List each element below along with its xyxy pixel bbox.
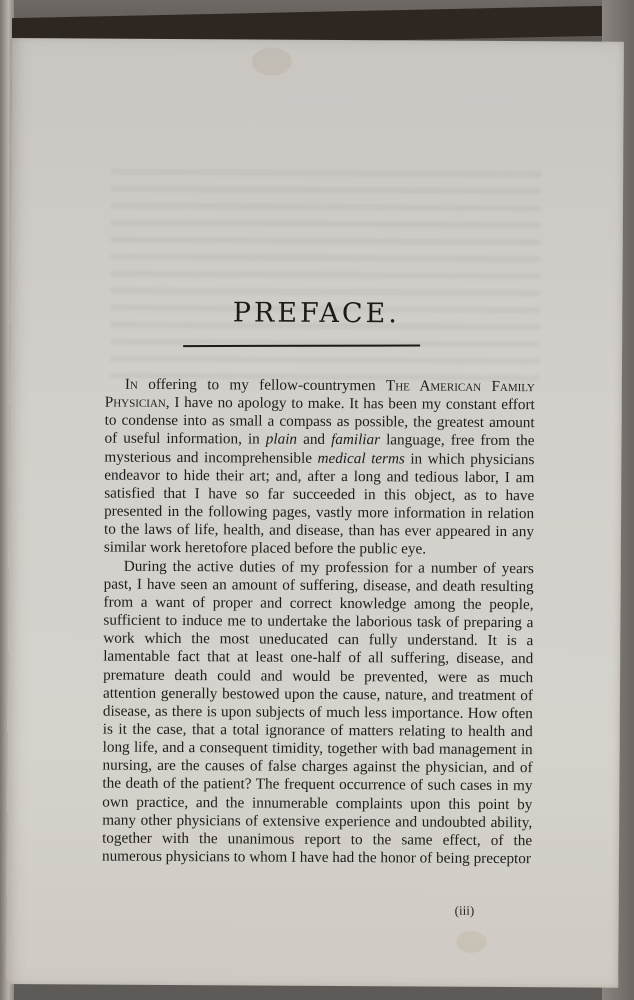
lead-word: In [125, 376, 138, 393]
preface-body: In offering to my fellow-countrymen The … [102, 376, 535, 869]
page-number: (iii) [455, 903, 475, 919]
page-title: PREFACE. [10, 296, 622, 331]
bleed-through-text [110, 169, 541, 392]
book-page: PREFACE. In offering to my fellow-countr… [6, 38, 624, 988]
paper-stain [456, 931, 486, 953]
paragraph-1: In offering to my fellow-countrymen The … [104, 376, 535, 560]
emphasis-medical-terms: medical terms [317, 449, 404, 467]
paper-stain [252, 47, 292, 75]
paragraph-2: During the active duties of my professio… [102, 557, 534, 868]
emphasis-familiar: familiar [331, 431, 380, 448]
emphasis-plain: plain [266, 431, 297, 448]
